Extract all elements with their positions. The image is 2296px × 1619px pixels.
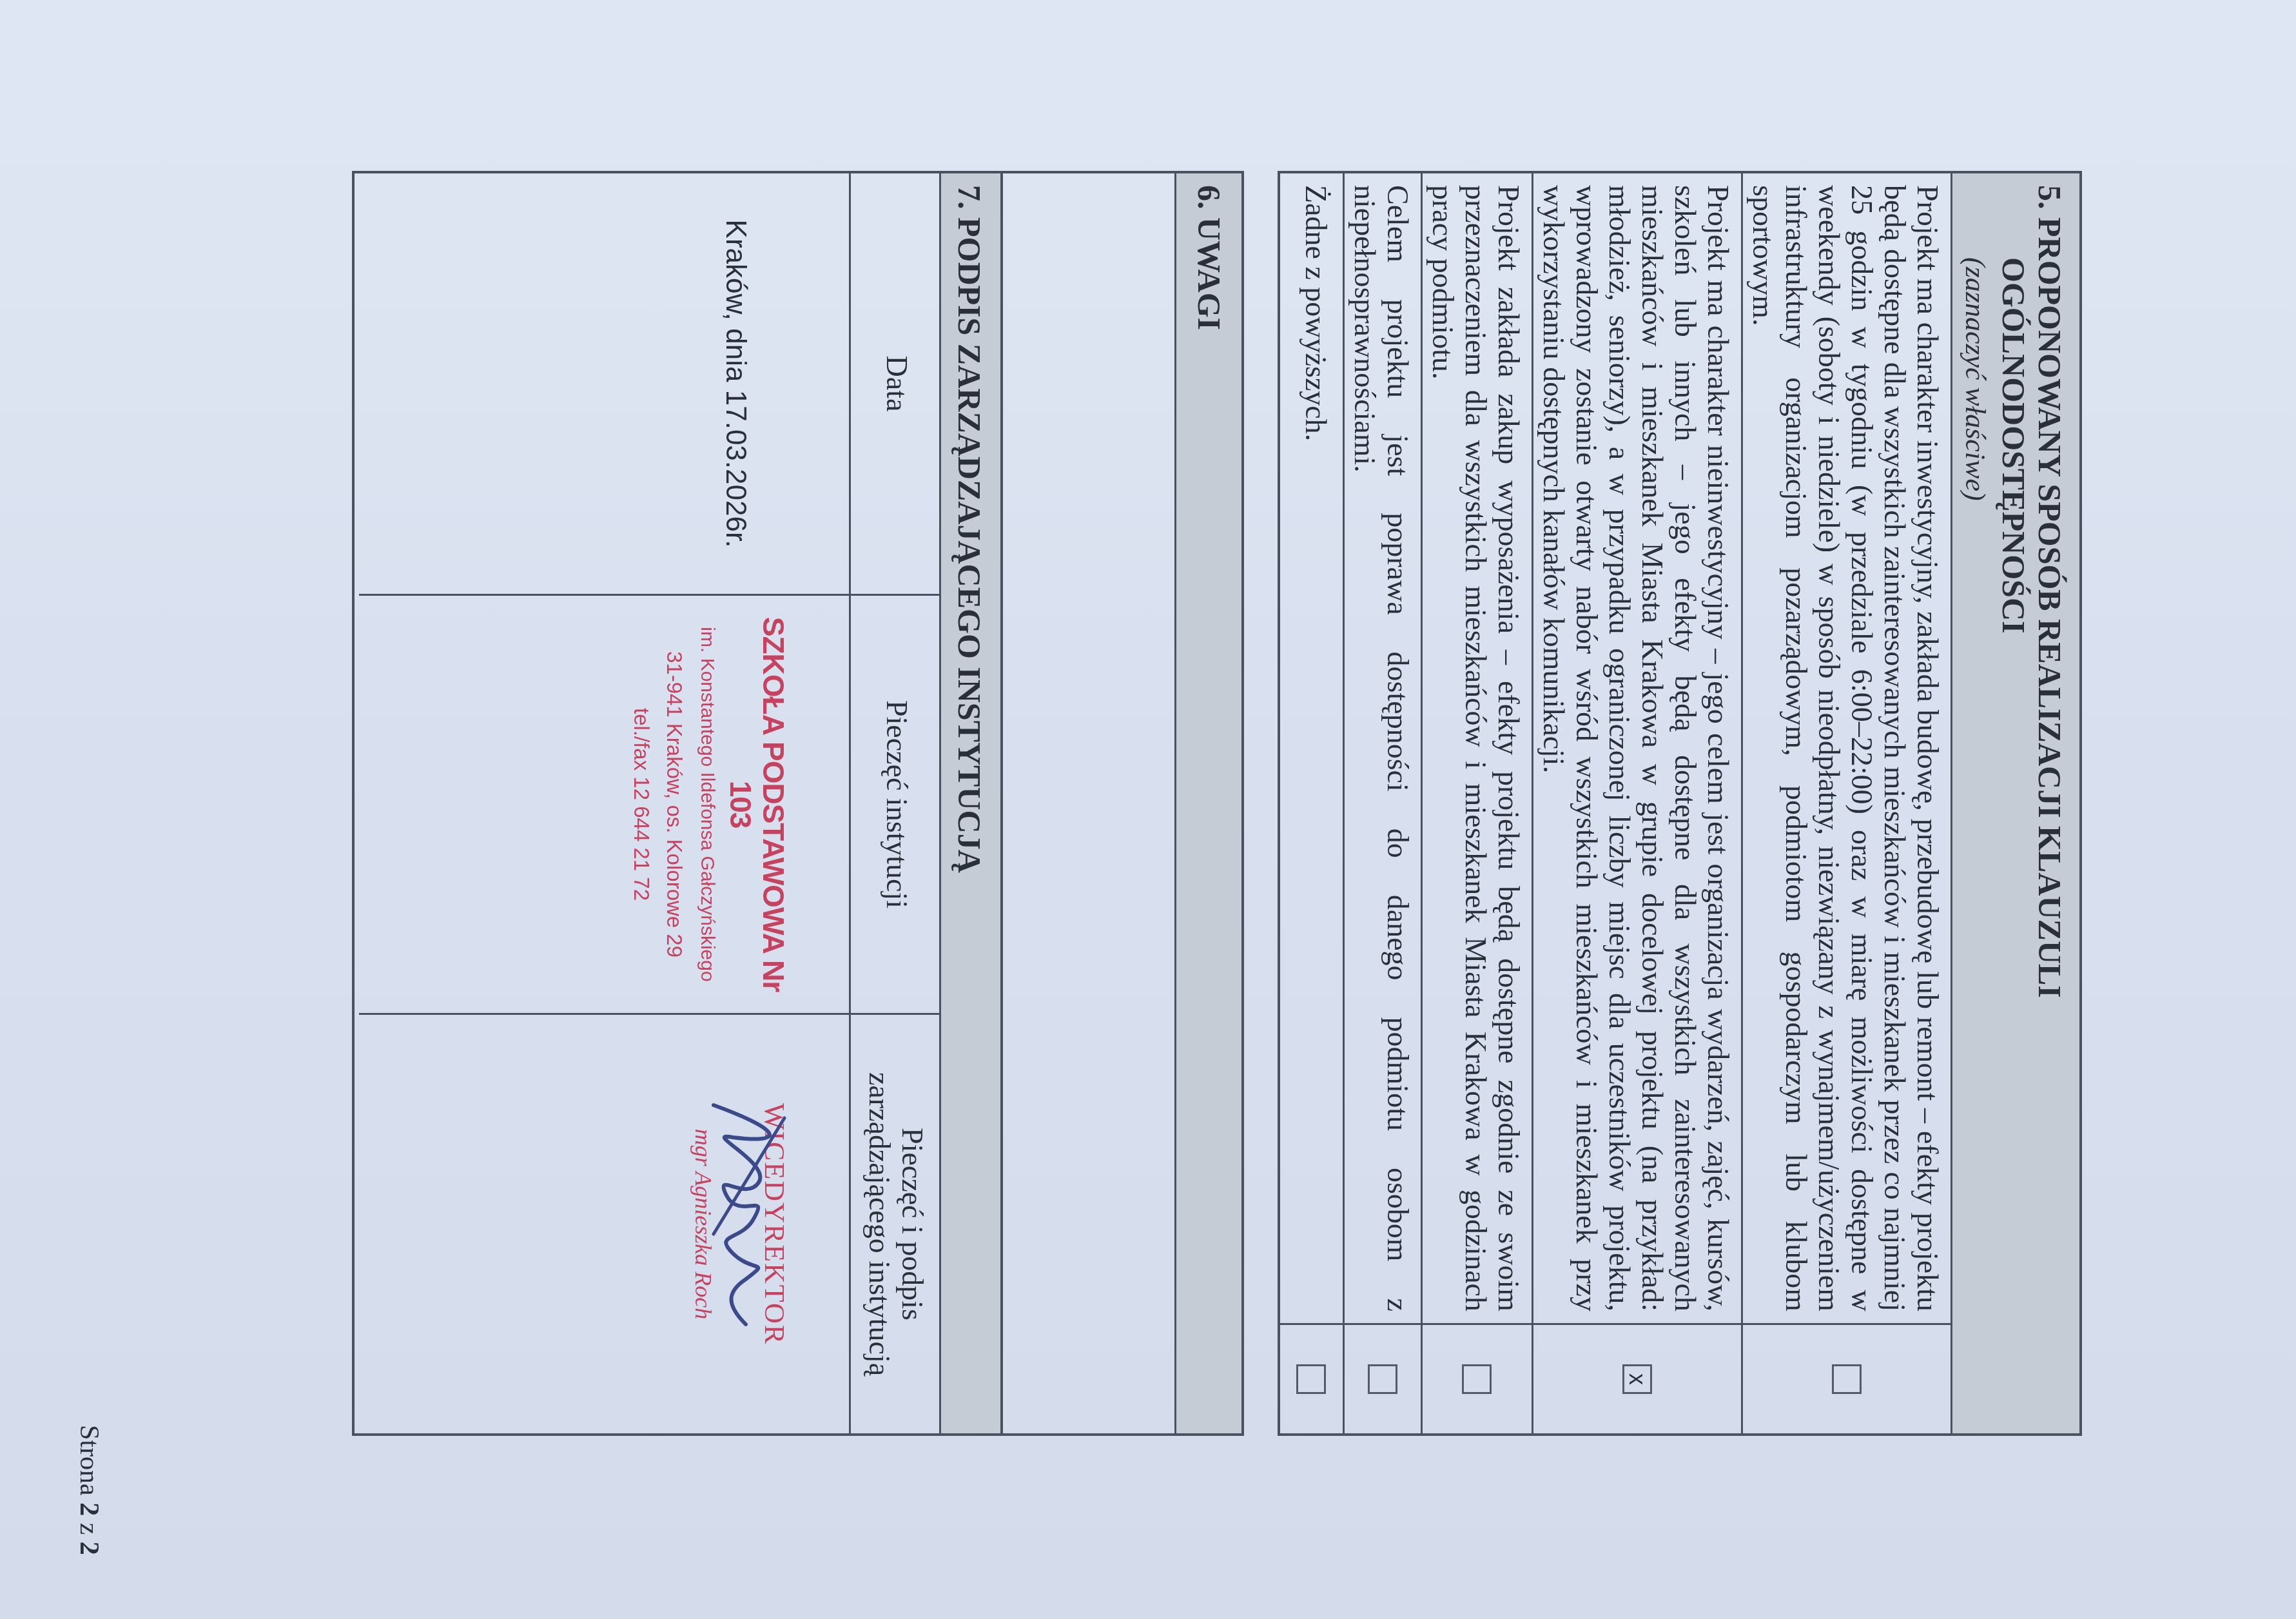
section-5-header: 5. PROPONOWANY SPOSÓB REALIZACJI KLAUZUL…	[1951, 173, 2079, 1433]
stamp-patron: im. Konstantego Ildefonsa Gałczyńskiego	[691, 596, 724, 1013]
option-checkbox-cell: x	[1533, 1323, 1741, 1433]
option-checkbox-cell	[1743, 1323, 1951, 1433]
section-5-table: 5. PROPONOWANY SPOSÓB REALIZACJI KLAUZUL…	[1278, 171, 2082, 1436]
date-value: Kraków, dnia 17.03.2026r.	[359, 173, 849, 596]
checkbox[interactable]	[1832, 1364, 1862, 1394]
page-number: Strona 2 z 2	[73, 1425, 104, 1555]
section-6-table: 6. UWAGI	[997, 171, 1244, 1436]
option-checkbox-cell	[1280, 1323, 1343, 1433]
section-5-title: 5. PROPONOWANY SPOSÓB REALIZACJI KLAUZUL…	[1992, 173, 2079, 1433]
section-6-header: 6. UWAGI	[1174, 173, 1241, 1433]
page-label: Strona	[74, 1425, 104, 1496]
option-checkbox-cell	[1345, 1323, 1421, 1433]
option-checkbox-cell	[1423, 1323, 1532, 1433]
comments-text	[999, 173, 1174, 1433]
page-total: 2	[74, 1542, 104, 1555]
option-text: Projekt zakłada zakup wyposażenia – efek…	[1423, 173, 1532, 1323]
stamp-school-name: SZKOŁA PODSTAWOWA Nr 103	[724, 596, 790, 1013]
checkbox[interactable]	[1368, 1364, 1397, 1394]
signature-cell: WICEDYREKTOR mgr Agnieszka Roch	[359, 1015, 849, 1433]
checkbox-checked[interactable]: x	[1622, 1364, 1652, 1394]
accessibility-option: Projekt ma charakter nieinwestycyjny – j…	[1532, 173, 1741, 1433]
section-7-header: 7. PODPIS ZARZĄDZAJĄCEGO INSTYTUCJĄ	[939, 173, 1000, 1433]
section-7-table: 7. PODPIS ZARZĄDZAJĄCEGO INSTYTUCJĄ Data…	[352, 171, 1003, 1436]
signature-column-headers: Data Pieczęć instytucji Pieczęć i podpis…	[849, 173, 939, 1433]
accessibility-option: Celem projektu jest poprawa dostępności …	[1343, 173, 1421, 1433]
checkbox[interactable]	[1297, 1364, 1327, 1394]
column-header-institution-stamp: Pieczęć instytucji	[851, 596, 939, 1015]
section-5-title-line1: 5. PROPONOWANY SPOSÓB REALIZACJI KLAUZUL…	[2032, 185, 2068, 998]
checkbox[interactable]	[1463, 1364, 1492, 1394]
stamp-phone: tel./fax 12 644 21 72	[625, 596, 658, 1013]
section-5-title-line2: OGÓLNODOSTĘPNOŚCI	[1996, 185, 2032, 1422]
accessibility-option: Projekt ma charakter inwestycyjny, zakła…	[1741, 173, 1951, 1433]
option-text: Żadne z powyższych.	[1280, 173, 1343, 1323]
document-page: 5. PROPONOWANY SPOSÓB REALIZACJI KLAUZUL…	[0, 0, 2296, 1619]
signature-values: Kraków, dnia 17.03.2026r. SZKOŁA PODSTAW…	[359, 173, 849, 1433]
option-text: Projekt ma charakter nieinwestycyjny – j…	[1533, 173, 1741, 1323]
accessibility-option: Projekt zakłada zakup wyposażenia – efek…	[1421, 173, 1532, 1433]
section-5-subtitle: (zaznaczyć właściwe)	[1952, 173, 1992, 1433]
page-current: 2	[74, 1502, 104, 1516]
column-header-date: Data	[851, 173, 939, 596]
page-separator: z	[74, 1523, 104, 1535]
section-6-title: 6. UWAGI	[1176, 173, 1241, 342]
section-6-comments-field[interactable]	[999, 173, 1174, 1433]
institution-stamp: SZKOŁA PODSTAWOWA Nr 103 im. Konstantego…	[359, 596, 849, 1015]
accessibility-option: Żadne z powyższych.	[1280, 173, 1343, 1433]
column-header-signature: Pieczęć i podpis zarządzającego instytuc…	[851, 1015, 939, 1433]
option-text: Celem projektu jest poprawa dostępności …	[1345, 173, 1421, 1323]
option-text: Projekt ma charakter inwestycyjny, zakła…	[1743, 173, 1951, 1323]
stamp-address: 31-941 Kraków, os. Kolorowe 29	[658, 596, 691, 1013]
handwritten-signature-icon	[681, 1092, 810, 1350]
section-7-title: 7. PODPIS ZARZĄDZAJĄCEGO INSTYTUCJĄ	[941, 173, 1000, 885]
